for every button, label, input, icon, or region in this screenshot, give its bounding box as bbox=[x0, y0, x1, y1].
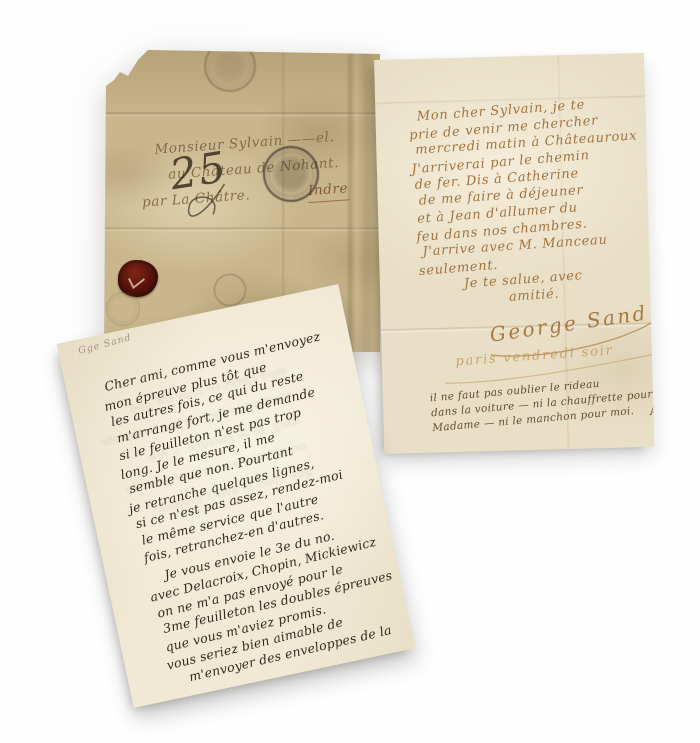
letter-body: Mon cher Sylvain, je te prie de venir me… bbox=[409, 88, 654, 433]
postmark-top-icon bbox=[204, 40, 256, 92]
postage-due-marking: 25 bbox=[167, 142, 231, 199]
embossed-stamp-icon bbox=[106, 292, 140, 326]
postmark-partial-icon bbox=[214, 274, 246, 306]
letter-body: Cher ami, comme vous m'envoyez mon épreu… bbox=[101, 324, 406, 690]
pencil-inscription: Gge Sand bbox=[77, 332, 133, 357]
letter-george-sand: Mon cher Sylvain, je te prie de venir me… bbox=[374, 53, 654, 454]
photograph-of-manuscript-letters: Monsieur Sylvain ——el. au Château de Noh… bbox=[0, 0, 700, 743]
postage-due-flourish-icon bbox=[174, 178, 244, 229]
postmark-datestamp-icon bbox=[263, 146, 319, 202]
